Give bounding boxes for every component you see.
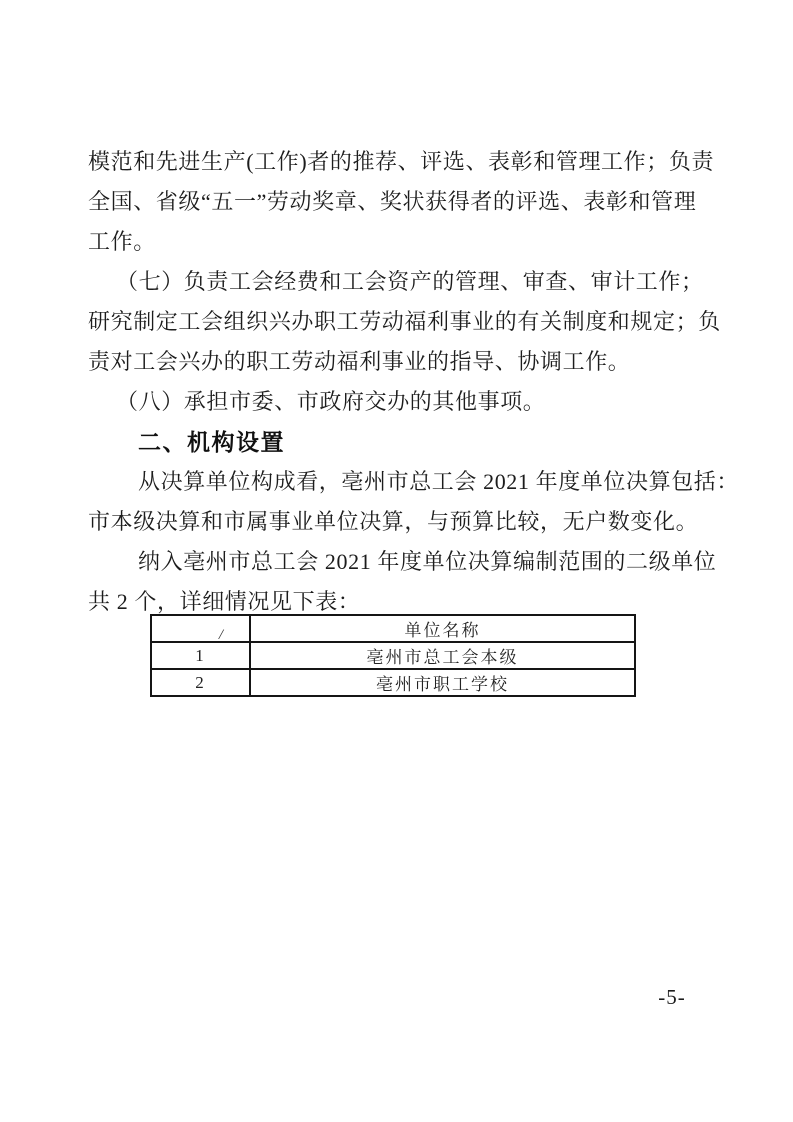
- body-line-8: 从决算单位构成看，亳州市总工会 2021 年度单位决算包括：: [88, 462, 710, 502]
- body-line-6: 责对工会兴办的职工劳动福利事业的指导、协调工作。: [88, 342, 710, 382]
- body-line-1: 模范和先进生产(工作)者的推荐、评选、表彰和管理工作；负责: [88, 142, 710, 182]
- body-line-7: （八）承担市委、市政府交办的其他事项。: [88, 382, 710, 422]
- row-index: 2: [151, 669, 250, 696]
- unit-table-header: / 单位名称: [151, 615, 635, 642]
- table-row: 2 亳州市职工学校: [151, 669, 635, 696]
- unit-list-table: / 单位名称 1 亳州市总工会本级 2 亳州市职工学校: [150, 614, 636, 697]
- header-cell-unit-name: 单位名称: [250, 615, 635, 642]
- body-line-2: 全国、省级“五一”劳动奖章、奖状获得者的评选、表彰和管理: [88, 182, 710, 222]
- section-heading: 二、机构设置: [88, 422, 710, 462]
- table-header-row: / 单位名称: [151, 615, 635, 642]
- row-unit-name: 亳州市总工会本级: [250, 642, 635, 669]
- page-number: -5-: [642, 985, 702, 1010]
- document-content: 模范和先进生产(工作)者的推荐、评选、表彰和管理工作；负责 全国、省级“五一”劳…: [88, 142, 710, 622]
- stray-mark: /: [219, 627, 223, 644]
- unit-table-body: 1 亳州市总工会本级 2 亳州市职工学校: [151, 642, 635, 696]
- body-line-5: 研究制定工会组织兴办职工劳动福利事业的有关制度和规定；负: [88, 302, 710, 342]
- body-line-3: 工作。: [88, 222, 710, 262]
- row-index: 1: [151, 642, 250, 669]
- body-line-9: 市本级决算和市属事业单位决算，与预算比较，无户数变化。: [88, 502, 710, 542]
- body-line-10: 纳入亳州市总工会 2021 年度单位决算编制范围的二级单位: [88, 542, 710, 582]
- row-unit-name: 亳州市职工学校: [250, 669, 635, 696]
- document-page: 模范和先进生产(工作)者的推荐、评选、表彰和管理工作；负责 全国、省级“五一”劳…: [0, 0, 793, 1122]
- table-row: 1 亳州市总工会本级: [151, 642, 635, 669]
- header-cell-index: /: [151, 615, 250, 642]
- body-line-4: （七）负责工会经费和工会资产的管理、审查、审计工作；: [88, 262, 710, 302]
